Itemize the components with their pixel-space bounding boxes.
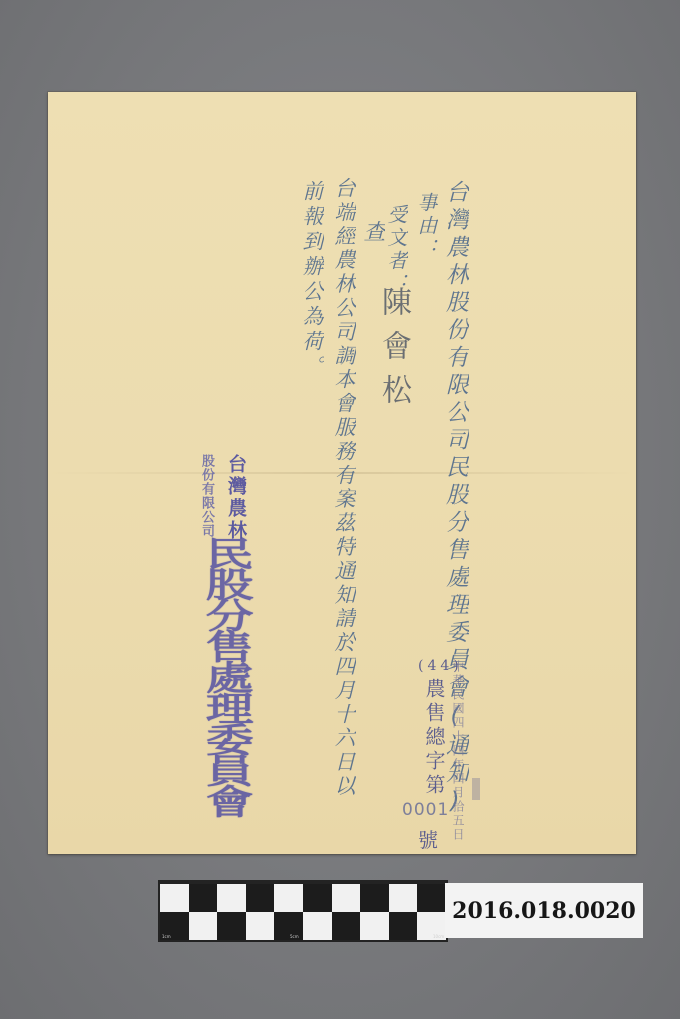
recipient-name: 陳會松 xyxy=(378,286,408,418)
document-sheet: 台灣農林股份有限公司民股分售處理委員會(通知) 事由： 受文者： 陳會松 查 台… xyxy=(48,92,636,854)
seal-line-committee: 民股分售處理委員會 xyxy=(201,536,249,815)
scale-label-5cm: 5cm xyxy=(290,934,299,939)
scale-label-10cm: 10cm xyxy=(433,934,444,939)
scale-label-1cm: 1cm xyxy=(162,934,171,939)
subject-label: 事由： xyxy=(416,192,436,261)
seal-line-taiwan-agri: 台灣農林 xyxy=(226,454,245,542)
catalog-number-label: 2016.018.0020 xyxy=(445,883,643,938)
body-line-2: 前報到辦公為荷。 xyxy=(301,180,322,380)
date-stamp: 中華民國四十四年四月拾五日 xyxy=(450,660,467,842)
body-line-1: 台端經農林公司調本會服務有案茲特通知請於四月十六日以 xyxy=(333,177,354,798)
small-seal-mark xyxy=(472,778,480,800)
reference-suffix: 號 xyxy=(418,824,438,853)
reference-label: 農售總字第 xyxy=(420,678,449,798)
seal-line-company: 股份有限公司 xyxy=(200,454,213,538)
reference-prefix: (44) xyxy=(418,658,463,674)
recipient-label: 受文者： xyxy=(386,204,406,296)
reference-number: 0001 xyxy=(402,800,449,820)
color-scale-bar: 1cm 5cm 10cm xyxy=(158,880,448,942)
scale-checkerboard xyxy=(160,884,446,940)
check-label: 查 xyxy=(361,220,383,245)
